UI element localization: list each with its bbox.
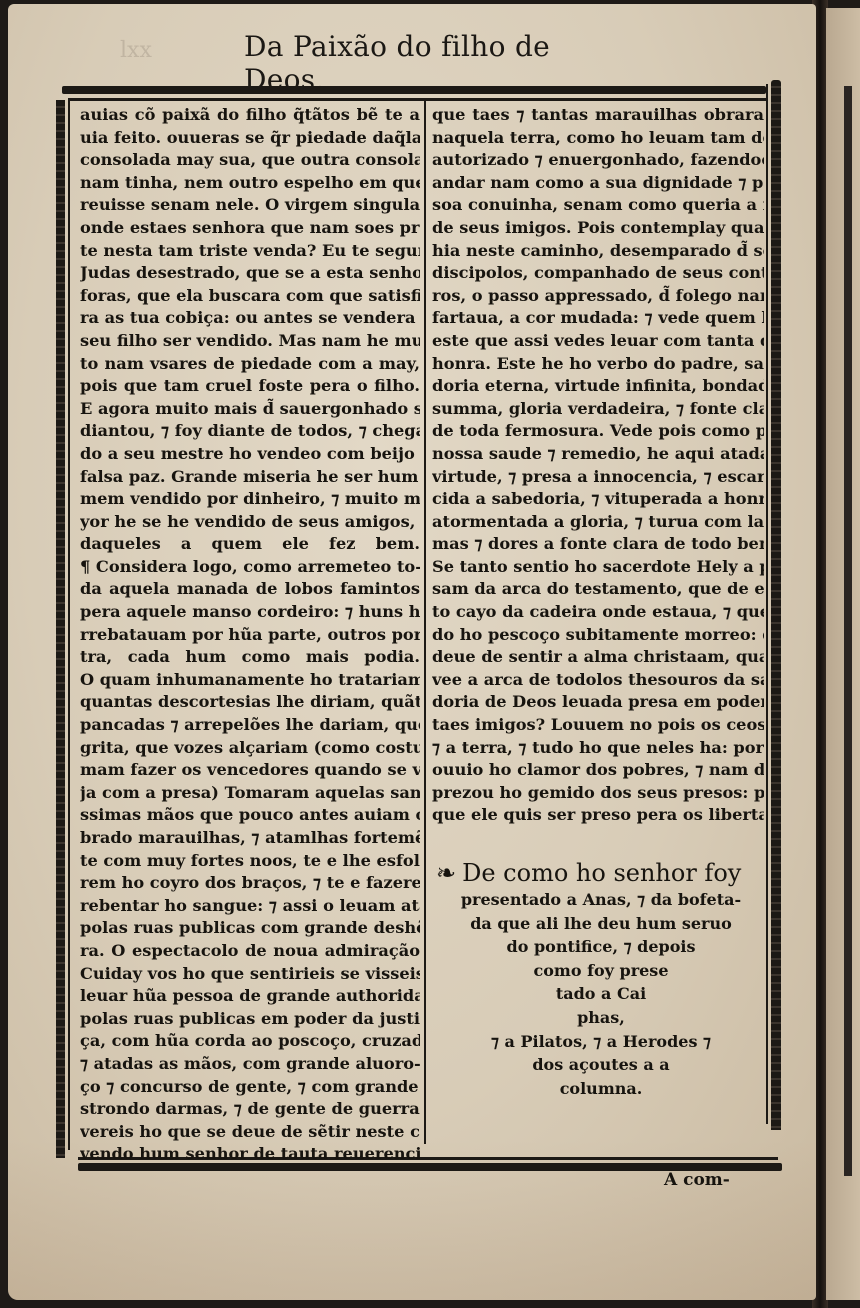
text-line: este que assi vedes leuar com tanta des- xyxy=(432,330,764,353)
right-border-ornament xyxy=(771,80,781,1130)
text-line: te com muy fortes noos, te e lhe esfola- xyxy=(80,850,420,873)
text-line: honra. Este he ho verbo do padre, sabe- xyxy=(432,353,764,376)
chapter-heading: ❧ De como ho senhor foy presentado a Ana… xyxy=(436,858,766,1100)
left-text-column: auias cõ paixã do filho q̃tãtos bẽ te au… xyxy=(80,104,420,1166)
text-line: fartaua, a cor mudada: ⁊ vede quem he xyxy=(432,307,764,330)
text-line: yor he se he vendido de seus amigos, ⁊ xyxy=(80,511,420,534)
chapter-heading-line: do pontifice, ⁊ depois xyxy=(436,935,766,959)
text-line: soa conuinha, senam como queria a furia xyxy=(432,194,764,217)
text-line: O quam inhumanamente ho tratariam xyxy=(80,669,420,692)
text-line: tra, cada hum como mais podia. xyxy=(80,646,420,669)
text-line: naquela terra, como ho leuam tam des- xyxy=(432,127,764,150)
text-line: mam fazer os vencedores quando se vẽ xyxy=(80,759,420,782)
text-line: seu filho ser vendido. Mas nam he mui xyxy=(80,330,420,353)
text-line: discipolos, companhado de seus contrai xyxy=(432,262,764,285)
text-line: pancadas ⁊ arrepelões lhe dariam, que xyxy=(80,714,420,737)
text-line: cida a sabedoria, ⁊ vituperada a honra, … xyxy=(432,488,764,511)
text-line: te nesta tam triste venda? Eu te seguro xyxy=(80,240,420,263)
text-line: to cayo da cadeira onde estaua, ⁊ quebrã xyxy=(432,601,764,624)
chapter-heading-title: De como ho senhor foy xyxy=(462,858,741,888)
text-line: falsa paz. Grande miseria he ser hum ho xyxy=(80,466,420,489)
text-line: ros, o passo appressado, d̃ folego nam s… xyxy=(432,285,764,308)
bleed-through-mark: lxx xyxy=(120,38,152,63)
chapter-heading-line: phas, xyxy=(436,1006,766,1030)
chapter-heading-line: ⁊ a Pilatos, ⁊ a Herodes ⁊ xyxy=(436,1030,766,1054)
text-line: mem vendido por dinheiro, ⁊ muito ma xyxy=(80,488,420,511)
chapter-heading-first-line: ❧ De como ho senhor foy xyxy=(436,858,766,888)
text-line: ⁊ atadas as mãos, com grande aluoro- xyxy=(80,1053,420,1076)
text-line: grita, que vozes alçariam (como costu- xyxy=(80,737,420,760)
text-line: ço ⁊ concurso de gente, ⁊ com grande e- xyxy=(80,1076,420,1099)
text-line: pera aquele manso cordeiro: ⁊ huns ho a- xyxy=(80,601,420,624)
chapter-heading-line: columna. xyxy=(436,1077,766,1101)
right-text-column: que taes ⁊ tantas marauilhas obraranaque… xyxy=(432,104,764,827)
text-line: brado marauilhas, ⁊ atamlhas fortemẽ- xyxy=(80,827,420,850)
text-line: ouuio ho clamor dos pobres, ⁊ nam des- xyxy=(432,759,764,782)
left-border-rule xyxy=(68,100,70,1150)
text-line: hia neste caminho, desemparado d̃ seus xyxy=(432,240,764,263)
text-line: que taes ⁊ tantas marauilhas obrara xyxy=(432,104,764,127)
column-divider xyxy=(424,100,426,1144)
text-line: que ele quis ser preso pera os libertar. xyxy=(432,804,764,827)
text-line: onde estaes senhora que nam soes prese xyxy=(80,217,420,240)
text-line: prezou ho gemido dos seus presos: pois xyxy=(432,782,764,805)
text-line: andar nam como a sua dignidade ⁊ pes- xyxy=(432,172,764,195)
text-line: summa, gloria verdadeira, ⁊ fonte clara xyxy=(432,398,764,421)
right-border-rule xyxy=(766,84,768,1124)
text-line: quantas descortesias lhe diriam, quãtas xyxy=(80,691,420,714)
text-line: taes imigos? Louuem no pois os ceos xyxy=(432,714,764,737)
chapter-heading-line: dos açoutes a a xyxy=(436,1053,766,1077)
chapter-heading-line: tado a Cai xyxy=(436,982,766,1006)
catchword: A com- xyxy=(664,1170,730,1190)
text-line: ja com a presa) Tomaram aquelas sancti xyxy=(80,782,420,805)
text-line: mas ⁊ dores a fonte clara de todo bem. xyxy=(432,533,764,556)
text-line: leuar hũa pessoa de grande authoridade xyxy=(80,985,420,1008)
text-line: virtude, ⁊ presa a innocencia, ⁊ escarne… xyxy=(432,466,764,489)
chapter-heading-line: como foy prese xyxy=(436,959,766,983)
text-line: atormentada a gloria, ⁊ turua com lagri- xyxy=(432,511,764,534)
text-line: autorizado ⁊ enuergonhado, fazendoo xyxy=(432,149,764,172)
text-line: de seus imigos. Pois contemplay qual xyxy=(432,217,764,240)
text-line: vereis ho que se deue de sẽtir neste cas… xyxy=(80,1121,420,1144)
text-line: rrebatauam por hũa parte, outros por ou xyxy=(80,624,420,647)
text-line: ssimas mãos que pouco antes auiam o- xyxy=(80,804,420,827)
text-line: polas ruas publicas com grande deshõ- xyxy=(80,917,420,940)
text-line: reuisse senam nele. O virgem singular, xyxy=(80,194,420,217)
text-line: pois que tam cruel foste pera o filho. xyxy=(80,375,420,398)
text-line: ça, com hũa corda ao poscoço, cruzadas xyxy=(80,1030,420,1053)
text-line: ⁊ a terra, ⁊ tudo ho que neles ha: porqu… xyxy=(432,737,764,760)
text-line: Judas desestrado, que se a esta senhora … xyxy=(80,262,420,285)
text-line: auias cõ paixã do filho q̃tãtos bẽ te a xyxy=(80,104,420,127)
text-line: do a seu mestre ho vendeo com beijo de xyxy=(80,443,420,466)
left-border-ornament xyxy=(56,100,65,1158)
top-rule-thick xyxy=(62,86,766,94)
text-line: to nam vsares de piedade com a may, xyxy=(80,353,420,376)
chapter-heading-line: presentado a Anas, ⁊ da bofeta- xyxy=(436,888,766,912)
text-line: sam da arca do testamento, que de espan xyxy=(432,578,764,601)
text-line: daqueles a quem ele fez bem. xyxy=(80,533,420,556)
text-line: do ho pescoço subitamente morreo: que xyxy=(432,624,764,647)
facing-page-border xyxy=(844,86,852,1176)
text-line: deue de sentir a alma christaam, quando xyxy=(432,646,764,669)
text-line: Se tanto sentio ho sacerdote Hely a pri xyxy=(432,556,764,579)
facing-page-edge xyxy=(826,8,860,1300)
text-line: strondo darmas, ⁊ de gente de guerra, ⁊ xyxy=(80,1098,420,1121)
text-line: rebentar ho sangue: ⁊ assi o leuam atado xyxy=(80,895,420,918)
text-line: doria eterna, virtude infinita, bondade xyxy=(432,375,764,398)
fleuron-icon: ❧ xyxy=(436,858,456,888)
text-line: ra. O espectacolo de noua admiração xyxy=(80,940,420,963)
text-line: foras, que ela buscara com que satisfize… xyxy=(80,285,420,308)
text-line: uia feito. ouueras se q̃r piedade daq̃la… xyxy=(80,127,420,150)
text-line: polas ruas publicas em poder da justi xyxy=(80,1008,420,1031)
text-line: vendo hum senhor de tauta reuerencia, ⁊ xyxy=(80,1143,420,1166)
text-line: consolada may sua, que outra consolação xyxy=(80,149,420,172)
chapter-heading-lines: presentado a Anas, ⁊ da bofeta-da que al… xyxy=(436,888,766,1100)
text-line: da aquela manada de lobos famintos xyxy=(80,578,420,601)
text-line: Cuiday vos ho que sentirieis se visseis xyxy=(80,963,420,986)
text-line: vee a arca de todolos thesouros da sabe xyxy=(432,669,764,692)
text-line: ¶ Considera logo, como arremeteo to- xyxy=(80,556,420,579)
chapter-heading-line: da que ali lhe deu hum seruo xyxy=(436,912,766,936)
text-line: doria de Deos leuada presa em poder d̃ xyxy=(432,691,764,714)
text-line: nossa saude ⁊ remedio, he aqui atada a xyxy=(432,443,764,466)
text-line: diantou, ⁊ foy diante de todos, ⁊ chegan xyxy=(80,420,420,443)
text-line: ra as tua cobiça: ou antes se vendera qu… xyxy=(80,307,420,330)
text-line: nam tinha, nem outro espelho em que se xyxy=(80,172,420,195)
text-line: E agora muito mais d̃ sauergonhado se a xyxy=(80,398,420,421)
text-line: de toda fermosura. Vede pois como por xyxy=(432,420,764,443)
text-line: rem ho coyro dos braços, ⁊ te e fazerem xyxy=(80,872,420,895)
top-rule-thin xyxy=(68,98,768,101)
